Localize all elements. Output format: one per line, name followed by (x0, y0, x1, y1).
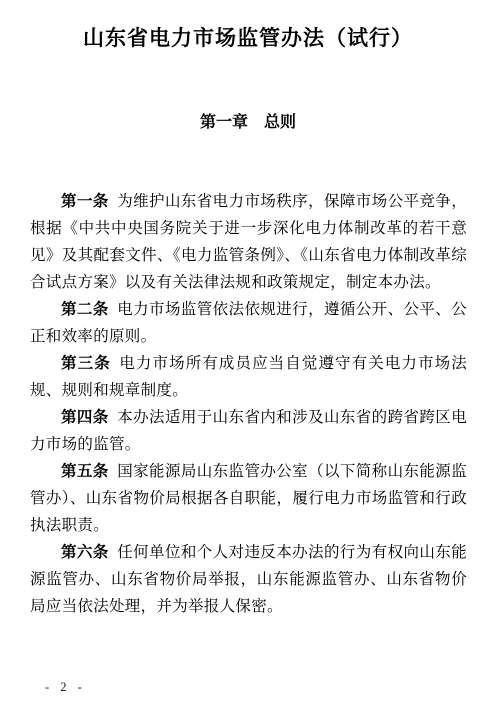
article-paragraph: 第二条电力市场监管依法依规进行，遵循公开、公平、公正和效率的原则。 (30, 296, 467, 350)
article-number: 第六条 (61, 544, 109, 561)
article-paragraph: 第六条任何单位和个人对违反本办法的行为有权向山东能源监管办、山东省物价局举报，山… (30, 539, 467, 620)
article-number: 第四条 (61, 409, 109, 426)
page-number: - 2 - (45, 680, 86, 695)
document-title: 山东省电力市场监管办法（试行） (0, 0, 496, 50)
article-number: 第三条 (61, 355, 111, 372)
document-page: 山东省电力市场监管办法（试行） 第一章 总则 第一条为维护山东省电力市场秩序，保… (0, 0, 496, 712)
article-paragraph: 第五条国家能源局山东监管办公室（以下简称山东能源监管办）、山东省物价局根据各自职… (30, 458, 467, 539)
article-number: 第二条 (61, 301, 109, 318)
article-list: 第一条为维护山东省电力市场秩序，保障市场公平竞争，根据《中共中央国务院关于进一步… (30, 188, 467, 620)
article-paragraph: 第三条电力市场所有成员应当自觉遵守有关电力市场法规、规则和规章制度。 (30, 350, 467, 404)
article-number: 第一条 (61, 193, 109, 210)
chapter-heading: 第一章 总则 (0, 114, 496, 132)
article-paragraph: 第一条为维护山东省电力市场秩序，保障市场公平竞争，根据《中共中央国务院关于进一步… (30, 188, 467, 296)
article-number: 第五条 (61, 463, 109, 480)
article-paragraph: 第四条本办法适用于山东省内和涉及山东省的跨省跨区电力市场的监管。 (30, 404, 467, 458)
